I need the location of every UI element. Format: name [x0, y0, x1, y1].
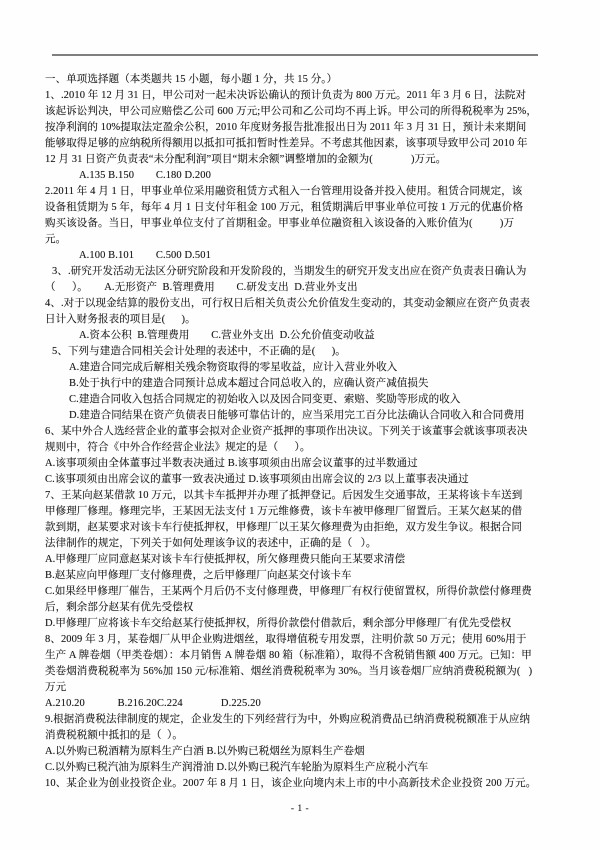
answer-option-line: A.建造合同完成后解相关残余物资取得的零星收益，应计入营业外收入 [45, 360, 560, 376]
text-line: 甲修理厂修理。修理完毕，王某因无法支付 1 万元维修费，该卡车被甲修理厂留置后。… [45, 504, 560, 520]
text-line: 法律制作的规定，下列关于如何处理该争议的表述中，正确的是（ ）。 [45, 536, 560, 552]
text-line: 10、某企业为创业投资企业。2007 年 8 月 1 日，该企业向境内未上市的中… [45, 776, 560, 792]
answer-option-line: B.赵某应向甲修理厂支付修理费，之后甲修理厂向赵某交付该卡车 [45, 568, 560, 584]
text-line: 12 月 31 日资产负责表“未分配利润”项目“期末余额”调整增加的金额为( )… [45, 152, 560, 168]
answer-options-line: A.100 B.101 C.500 D.501 [45, 248, 560, 264]
text-line: 1、.2010 年 12 月 31 日，甲公司对一起未决诉讼确认的预计负责为 8… [45, 88, 560, 104]
answer-option-line: D.甲修理厂应将该卡车交给赵某行使抵押权，所得价款偿付借款后，剩余部分甲修理厂有… [45, 616, 560, 632]
answer-option-line: B.处于执行中的建造合同预计总成本超过合同总收入的，应确认资产减值损失 [45, 376, 560, 392]
answer-options-line: C.以外购已税汽油为原料生产润滑油 D.以外购已税汽车轮胎为原料生产应税小汽车 [45, 760, 560, 776]
text-line: 6、某中外合人选经营企业的董事会拟对企业资产抵押的事项作出决议。下列关于该董事会… [45, 424, 560, 440]
text-line: 日计入财务报表的项目是( )。 [45, 312, 560, 328]
text-line: 5、下列与建造合同相关会计处理的表述中，不正确的是( )。 [45, 344, 560, 360]
text-line: 消费税税额中抵扣的是（ ）。 [45, 728, 560, 744]
text-line: 7、王某向赵某借款 10 万元，以其卡车抵押并办理了抵押登记。后因发生交通事故，… [45, 488, 560, 504]
answer-options-line: A.210.20 B.216.20C.224 D.225.20 [45, 696, 560, 712]
answer-options-line: A.资本公积 B.管理费用 C.营业外支出 D.公允价值变动收益 [45, 328, 560, 344]
text-line: 3、.研究开发活动无法区分研究阶段和开发阶段的，当期发生的研究开发支出应在资产负… [45, 264, 560, 280]
section-heading: 一、单项选择题（本类题共 15 小题，每小题 1 分，共 15 分。） [45, 72, 560, 88]
answer-option-line: C.建造合同收入包括合同规定的初始收入以及因合同变更、索赔、奖励等形成的收入 [45, 392, 560, 408]
exam-text-body: 一、单项选择题（本类题共 15 小题，每小题 1 分，共 15 分。） 1、.2… [45, 72, 560, 792]
text-line: 4、.对于以现金结算的股份支出，可行权日后相关负责公允价值发生变动的，其变动金额… [45, 296, 560, 312]
answer-options-line: C.该事项须由出席会议的董事一致表决通过 D.该事项须由出席会议的 2/3 以上… [45, 472, 560, 488]
answer-option-line: A.甲修理厂应同意赵某对该卡车行使抵押权，所欠修理费只能向王某要求清偿 [45, 552, 560, 568]
text-line: 万元 [45, 680, 560, 696]
text-line: 款到期，赵某要求对该卡车行使抵押权，甲修理厂以王某欠修理费为由拒绝，双方发生争议… [45, 520, 560, 536]
text-line: 9.根据消费税法律制度的规定，企业发生的下列经营行为中，外购应税消费品已纳消费税… [45, 712, 560, 728]
header-rule [52, 54, 538, 56]
answer-options-line: A.以外购已税酒精为原料生产白酒 B.以外购已税烟丝为原料生产卷烟 [45, 744, 560, 760]
answer-options-line: A.135 B.150 C.180 D.200 [45, 168, 560, 184]
text-line: 按净利润的 10%提取法定盈余公积，2010 年度财务报告批准报出日为 2011… [45, 120, 560, 136]
text-line: 2.2011 年 4 月 1 日，甲事业单位采用融资租赁方式租入一台管理用设备并… [45, 184, 560, 200]
answer-options-line: （ ）。 A.无形资产 B.管理费用 C.研发支出 D.营业外支出 [45, 280, 560, 296]
text-line: 购买该设备。当日，甲事业单位支付了首期租金。甲事业单位融资租入该设备的入账价值为… [45, 216, 560, 232]
text-line: 该起诉讼判决，甲公司应赔偿乙公司 600 万元;甲公司和乙公司均不再上诉。甲公司… [45, 104, 560, 120]
text-line: 设备租赁期为 5 年，每年 4 月 1 日支付年租金 100 万元，租赁期满后甲… [45, 200, 560, 216]
exam-paper-page: 一、单项选择题（本类题共 15 小题，每小题 1 分，共 15 分。） 1、.2… [0, 0, 600, 850]
text-line: 规则中，符合《中外合作经营企业法》规定的是（ ）。 [45, 440, 560, 456]
text-line: 类卷烟消费税税率为 56%加 150 元/标准箱、烟丝消费税税率为 30%。当月… [45, 664, 560, 680]
answer-option-line: C.如果经甲修理厂催告，王某两个月后仍不支付修理费，甲修理厂有权行使留置权，所得… [45, 584, 560, 600]
page-number: - 1 - [0, 804, 600, 814]
answer-option-line: 后，剩余部分赵某有优先受偿权 [45, 600, 560, 616]
answer-options-line: A.该事项须由全体董事过半数表决通过 B.该事项须由出席会议董事的过半数通过 [45, 456, 560, 472]
text-line: 能够取得足够的应纳税所得额用以抵扣可抵扣暂时性差异。不考虑其他因素，该事项导致甲… [45, 136, 560, 152]
text-line: 8、2009 年 3 月，某卷烟厂从甲企业购进烟丝，取得增值税专用发票，注明价款… [45, 632, 560, 648]
answer-option-line: D.建造合同结果在资产负债表日能够可靠估计的，应当采用完工百分比法确认合同收入和… [45, 408, 560, 424]
text-line: 生产 A 牌卷烟（甲类卷烟）：本月销售 A 牌卷烟 80 箱（标准箱），取得不含… [45, 648, 560, 664]
text-line: 元。 [45, 232, 560, 248]
